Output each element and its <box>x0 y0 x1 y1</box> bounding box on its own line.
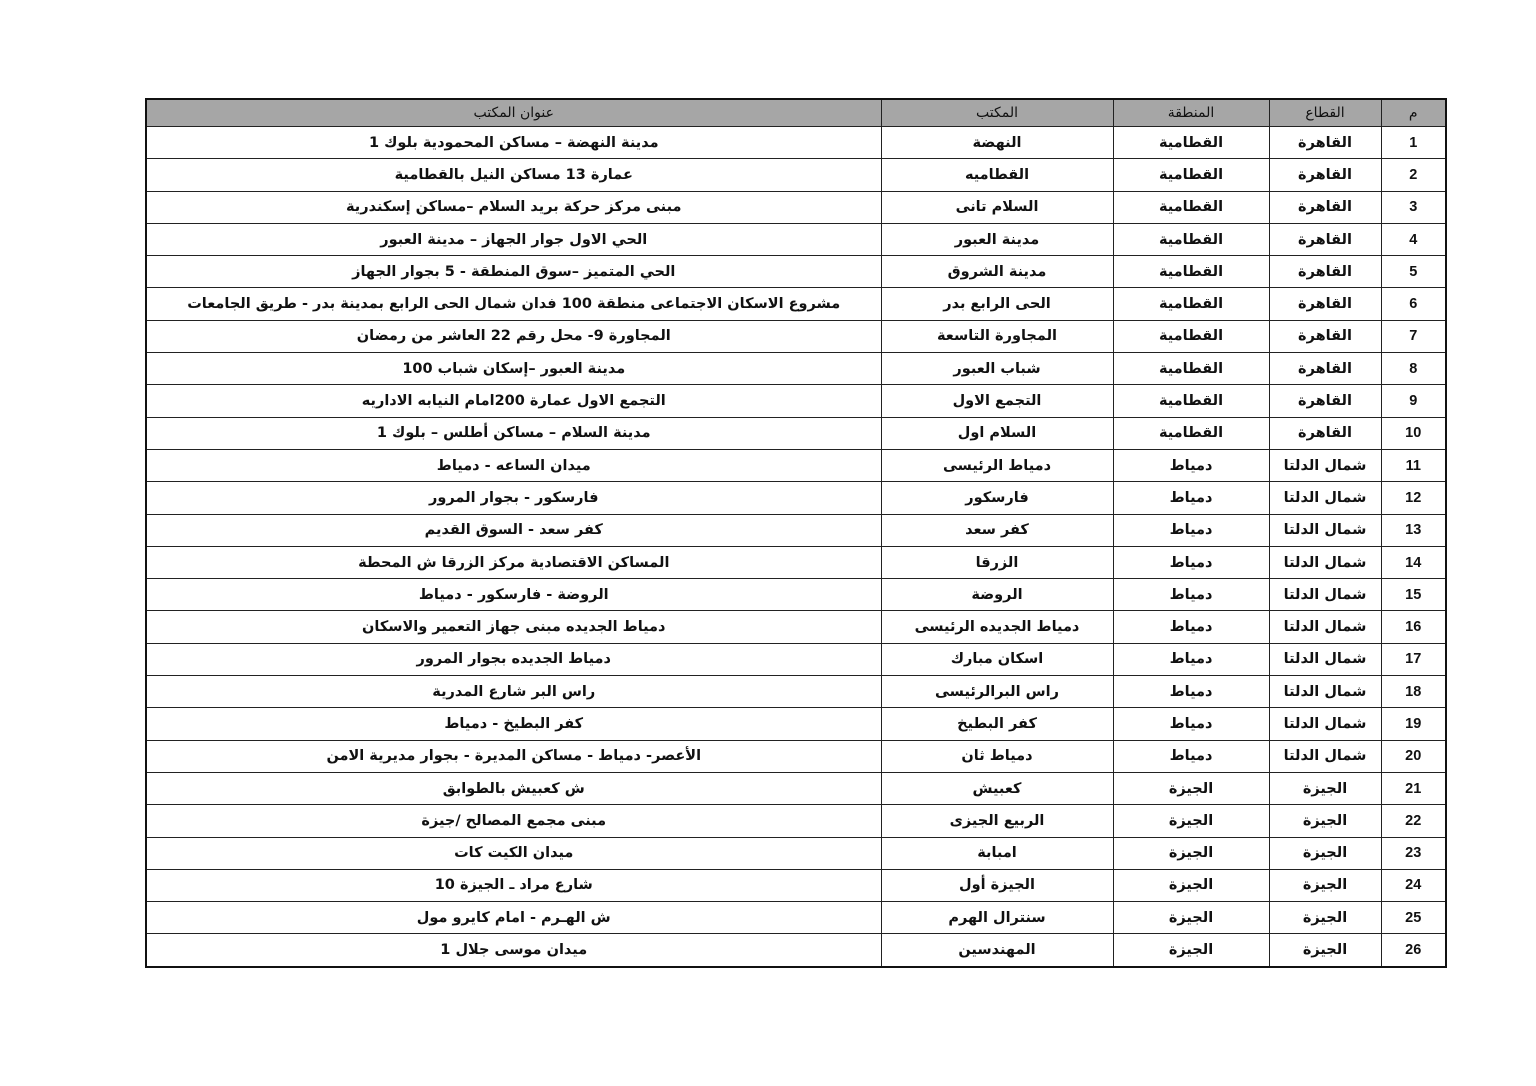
table-row: 14شمال الدلتادمياطالزرقاالمساكن الاقتصاد… <box>146 546 1446 578</box>
address-cell: المجاورة 9- محل رقم 22 العاشر من رمضان <box>146 320 881 352</box>
address-cell: دمياط الجديده بجوار المرور <box>146 643 881 675</box>
sector-cell: القاهرة <box>1269 127 1381 159</box>
row-number: 10 <box>1381 417 1446 449</box>
table-row: 7القاهرةالقطاميةالمجاورة التاسعةالمجاورة… <box>146 320 1446 352</box>
region-cell: القطامية <box>1113 385 1269 417</box>
table-row: 3القاهرةالقطاميةالسلام تانىمبنى مركز حرك… <box>146 191 1446 223</box>
header-address: عنوان المكتب <box>146 99 881 127</box>
table-row: 9القاهرةالقطاميةالتجمع الاولالتجمع الاول… <box>146 385 1446 417</box>
address-cell: الحي الاول جوار الجهاز – مدينة العبور <box>146 223 881 255</box>
row-number: 6 <box>1381 288 1446 320</box>
office-cell: التجمع الاول <box>881 385 1113 417</box>
address-cell: شارع مراد ـ الجيزة 10 <box>146 869 881 901</box>
table-header-row: م القطاع المنطقة المكتب عنوان المكتب <box>146 99 1446 127</box>
address-cell: المساكن الاقتصادية مركز الزرقا ش المحطة <box>146 546 881 578</box>
header-num: م <box>1381 99 1446 127</box>
region-cell: دمياط <box>1113 740 1269 772</box>
row-number: 4 <box>1381 223 1446 255</box>
address-cell: كفر البطيخ - دمياط <box>146 708 881 740</box>
header-sector: القطاع <box>1269 99 1381 127</box>
address-cell: ميدان موسى جلال 1 <box>146 934 881 967</box>
table-row: 25الجيزةالجيزةسنترال الهرمش الهـرم - اما… <box>146 902 1446 934</box>
region-cell: القطامية <box>1113 127 1269 159</box>
row-number: 23 <box>1381 837 1446 869</box>
office-cell: الحى الرابع بدر <box>881 288 1113 320</box>
row-number: 5 <box>1381 256 1446 288</box>
region-cell: دمياط <box>1113 482 1269 514</box>
address-cell: الحي المتميز –سوق المنطقة - 5 بجوار الجه… <box>146 256 881 288</box>
table-row: 11شمال الدلتادمياطدمياط الرئيسىميدان الس… <box>146 449 1446 481</box>
sector-cell: القاهرة <box>1269 256 1381 288</box>
office-cell: شباب العبور <box>881 353 1113 385</box>
office-cell: القطاميه <box>881 159 1113 191</box>
address-cell: الروضة - فارسكور - دمياط <box>146 579 881 611</box>
region-cell: دمياط <box>1113 579 1269 611</box>
sector-cell: شمال الدلتا <box>1269 514 1381 546</box>
table-row: 19شمال الدلتادمياطكفر البطيخكفر البطيخ -… <box>146 708 1446 740</box>
address-cell: راس البر شارع المدرية <box>146 676 881 708</box>
row-number: 14 <box>1381 546 1446 578</box>
table-row: 12شمال الدلتادمياطفارسكورفارسكور - بجوار… <box>146 482 1446 514</box>
region-cell: الجيزة <box>1113 869 1269 901</box>
row-number: 11 <box>1381 449 1446 481</box>
office-cell: مدينة الشروق <box>881 256 1113 288</box>
sector-cell: القاهرة <box>1269 191 1381 223</box>
sector-cell: شمال الدلتا <box>1269 546 1381 578</box>
sector-cell: شمال الدلتا <box>1269 449 1381 481</box>
row-number: 9 <box>1381 385 1446 417</box>
row-number: 3 <box>1381 191 1446 223</box>
row-number: 8 <box>1381 353 1446 385</box>
region-cell: دمياط <box>1113 449 1269 481</box>
table-row: 10القاهرةالقطاميةالسلام اولمدينة السلام … <box>146 417 1446 449</box>
address-cell: مبنى مركز حركة بريد السلام –مساكن إسكندر… <box>146 191 881 223</box>
table-row: 22الجيزةالجيزةالربيع الجيزىمبنى مجمع الم… <box>146 805 1446 837</box>
table-row: 2القاهرةالقطاميةالقطاميهعمارة 13 مساكن ا… <box>146 159 1446 191</box>
sector-cell: الجيزة <box>1269 772 1381 804</box>
sector-cell: القاهرة <box>1269 417 1381 449</box>
sector-cell: الجيزة <box>1269 837 1381 869</box>
office-cell: المهندسين <box>881 934 1113 967</box>
document-page: م القطاع المنطقة المكتب عنوان المكتب 1ال… <box>0 0 1536 1086</box>
table-row: 23الجيزةالجيزةامبابةميدان الكيت كات <box>146 837 1446 869</box>
office-cell: كعبيش <box>881 772 1113 804</box>
table-row: 24الجيزةالجيزةالجيزة أولشارع مراد ـ الجي… <box>146 869 1446 901</box>
office-cell: اسكان مبارك <box>881 643 1113 675</box>
region-cell: دمياط <box>1113 611 1269 643</box>
region-cell: القطامية <box>1113 191 1269 223</box>
row-number: 17 <box>1381 643 1446 675</box>
office-cell: الجيزة أول <box>881 869 1113 901</box>
office-cell: دمياط الجديده الرئيسى <box>881 611 1113 643</box>
table-row: 16شمال الدلتادمياطدمياط الجديده الرئيسىد… <box>146 611 1446 643</box>
office-cell: مدينة العبور <box>881 223 1113 255</box>
row-number: 12 <box>1381 482 1446 514</box>
region-cell: دمياط <box>1113 643 1269 675</box>
address-cell: الأعصر- دمياط - مساكن المديرة - بجوار مد… <box>146 740 881 772</box>
address-cell: ميدان الساعه - دمياط <box>146 449 881 481</box>
sector-cell: شمال الدلتا <box>1269 611 1381 643</box>
office-cell: كفر سعد <box>881 514 1113 546</box>
table-body: 1القاهرةالقطاميةالنهضةمدينة النهضة – مسا… <box>146 127 1446 967</box>
region-cell: الجيزة <box>1113 902 1269 934</box>
address-cell: دمياط الجديده مبنى جهاز التعمير والاسكان <box>146 611 881 643</box>
sector-cell: شمال الدلتا <box>1269 708 1381 740</box>
office-cell: فارسكور <box>881 482 1113 514</box>
office-cell: المجاورة التاسعة <box>881 320 1113 352</box>
office-cell: دمياط ثان <box>881 740 1113 772</box>
row-number: 22 <box>1381 805 1446 837</box>
table-row: 4القاهرةالقطاميةمدينة العبورالحي الاول ج… <box>146 223 1446 255</box>
office-cell: الربيع الجيزى <box>881 805 1113 837</box>
region-cell: دمياط <box>1113 546 1269 578</box>
row-number: 18 <box>1381 676 1446 708</box>
sector-cell: شمال الدلتا <box>1269 579 1381 611</box>
office-cell: سنترال الهرم <box>881 902 1113 934</box>
office-cell: النهضة <box>881 127 1113 159</box>
table-row: 5القاهرةالقطاميةمدينة الشروقالحي المتميز… <box>146 256 1446 288</box>
row-number: 2 <box>1381 159 1446 191</box>
row-number: 21 <box>1381 772 1446 804</box>
sector-cell: شمال الدلتا <box>1269 676 1381 708</box>
row-number: 24 <box>1381 869 1446 901</box>
address-cell: ش كعبيش بالطوابق <box>146 772 881 804</box>
address-cell: مدينة السلام – مساكن أطلس – بلوك 1 <box>146 417 881 449</box>
row-number: 19 <box>1381 708 1446 740</box>
row-number: 7 <box>1381 320 1446 352</box>
sector-cell: الجيزة <box>1269 934 1381 967</box>
sector-cell: القاهرة <box>1269 385 1381 417</box>
offices-table: م القطاع المنطقة المكتب عنوان المكتب 1ال… <box>145 98 1447 968</box>
table-row: 1القاهرةالقطاميةالنهضةمدينة النهضة – مسا… <box>146 127 1446 159</box>
office-cell: راس البرالرئيسى <box>881 676 1113 708</box>
table-row: 21الجيزةالجيزةكعبيشش كعبيش بالطوابق <box>146 772 1446 804</box>
office-cell: الزرقا <box>881 546 1113 578</box>
table-row: 6القاهرةالقطاميةالحى الرابع بدرمشروع الا… <box>146 288 1446 320</box>
table-row: 13شمال الدلتادمياطكفر سعدكفر سعد - السوق… <box>146 514 1446 546</box>
table-row: 18شمال الدلتادمياطراس البرالرئيسىراس الب… <box>146 676 1446 708</box>
table-row: 26الجيزةالجيزةالمهندسينميدان موسى جلال 1 <box>146 934 1446 967</box>
sector-cell: شمال الدلتا <box>1269 482 1381 514</box>
header-office: المكتب <box>881 99 1113 127</box>
sector-cell: الجيزة <box>1269 805 1381 837</box>
office-cell: كفر البطيخ <box>881 708 1113 740</box>
table-row: 15شمال الدلتادمياطالروضةالروضة - فارسكور… <box>146 579 1446 611</box>
region-cell: القطامية <box>1113 417 1269 449</box>
address-cell: مبنى مجمع المصالح /جيزة <box>146 805 881 837</box>
address-cell: مدينة النهضة – مساكن المحمودية بلوك 1 <box>146 127 881 159</box>
address-cell: ميدان الكيت كات <box>146 837 881 869</box>
row-number: 1 <box>1381 127 1446 159</box>
sector-cell: القاهرة <box>1269 159 1381 191</box>
office-cell: امبابة <box>881 837 1113 869</box>
address-cell: مشروع الاسكان الاجتماعى منطقة 100 فدان ش… <box>146 288 881 320</box>
row-number: 15 <box>1381 579 1446 611</box>
region-cell: القطامية <box>1113 223 1269 255</box>
region-cell: دمياط <box>1113 514 1269 546</box>
sector-cell: القاهرة <box>1269 223 1381 255</box>
sector-cell: الجيزة <box>1269 902 1381 934</box>
region-cell: القطامية <box>1113 256 1269 288</box>
sector-cell: شمال الدلتا <box>1269 643 1381 675</box>
office-cell: السلام تانى <box>881 191 1113 223</box>
address-cell: فارسكور - بجوار المرور <box>146 482 881 514</box>
region-cell: دمياط <box>1113 676 1269 708</box>
header-region: المنطقة <box>1113 99 1269 127</box>
sector-cell: القاهرة <box>1269 288 1381 320</box>
row-number: 16 <box>1381 611 1446 643</box>
region-cell: القطامية <box>1113 353 1269 385</box>
sector-cell: الجيزة <box>1269 869 1381 901</box>
address-cell: ش الهـرم - امام كايرو مول <box>146 902 881 934</box>
region-cell: الجيزة <box>1113 805 1269 837</box>
region-cell: القطامية <box>1113 320 1269 352</box>
row-number: 13 <box>1381 514 1446 546</box>
region-cell: الجيزة <box>1113 934 1269 967</box>
office-cell: الروضة <box>881 579 1113 611</box>
address-cell: كفر سعد - السوق القديم <box>146 514 881 546</box>
region-cell: القطامية <box>1113 288 1269 320</box>
sector-cell: القاهرة <box>1269 320 1381 352</box>
region-cell: القطامية <box>1113 159 1269 191</box>
row-number: 20 <box>1381 740 1446 772</box>
row-number: 25 <box>1381 902 1446 934</box>
region-cell: الجيزة <box>1113 837 1269 869</box>
table-row: 17شمال الدلتادمياطاسكان مباركدمياط الجدي… <box>146 643 1446 675</box>
region-cell: دمياط <box>1113 708 1269 740</box>
sector-cell: شمال الدلتا <box>1269 740 1381 772</box>
row-number: 26 <box>1381 934 1446 967</box>
address-cell: مدينة العبور –إسكان شباب 100 <box>146 353 881 385</box>
region-cell: الجيزة <box>1113 772 1269 804</box>
address-cell: عمارة 13 مساكن النيل بالقطامية <box>146 159 881 191</box>
office-cell: السلام اول <box>881 417 1113 449</box>
address-cell: التجمع الاول عمارة 200امام النيابه الادا… <box>146 385 881 417</box>
table-row: 20شمال الدلتادمياطدمياط ثانالأعصر- دمياط… <box>146 740 1446 772</box>
sector-cell: القاهرة <box>1269 353 1381 385</box>
office-cell: دمياط الرئيسى <box>881 449 1113 481</box>
table-row: 8القاهرةالقطاميةشباب العبورمدينة العبور … <box>146 353 1446 385</box>
